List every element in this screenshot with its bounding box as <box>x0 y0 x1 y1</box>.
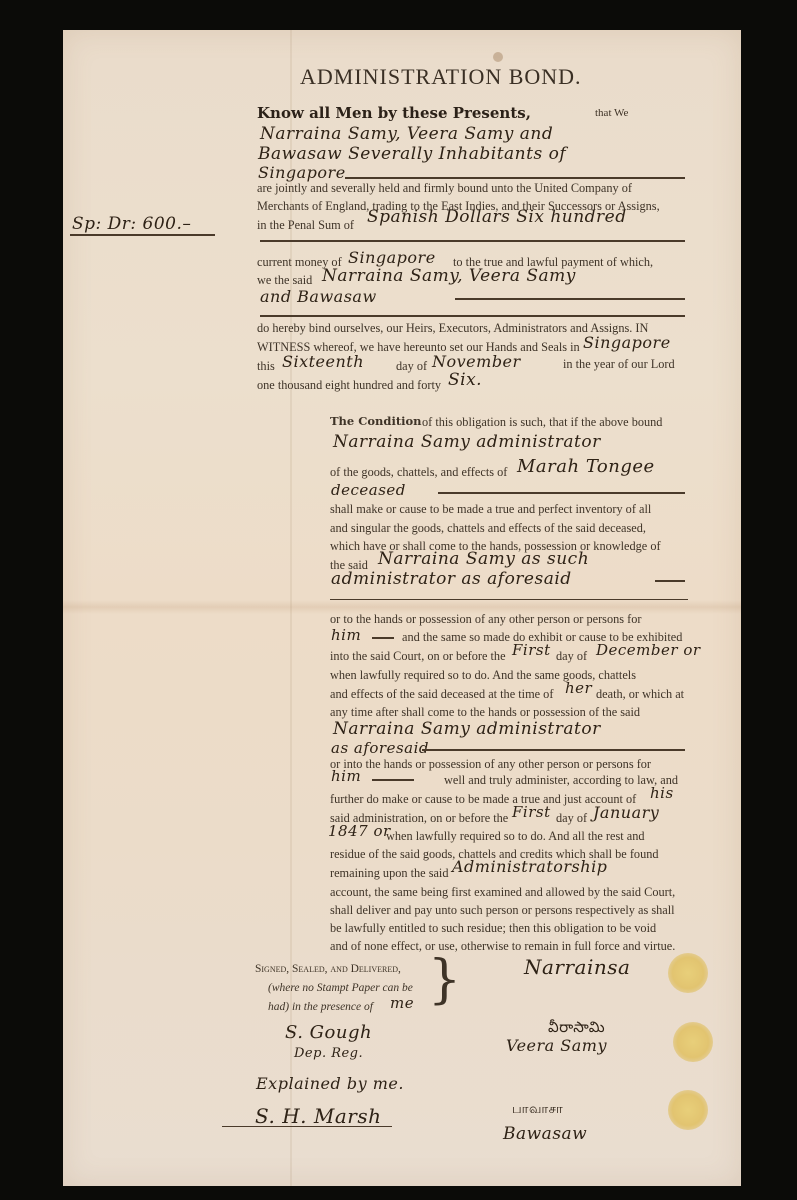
wax-seal-1 <box>668 953 708 993</box>
handwritten-him: him <box>331 626 361 644</box>
attestation-line-1: Signed, Sealed, and Delivered, <box>255 964 401 976</box>
signature-flourish <box>222 1126 392 1127</box>
handwritten-administrator: Narraina Samy administrator <box>333 432 601 452</box>
handwritten-parties-3: Singapore <box>258 163 346 182</box>
fill-rule <box>655 580 685 582</box>
handwritten-first: First <box>512 641 551 659</box>
condition-line-17: well and truly administer, according to … <box>444 774 678 786</box>
handwritten-sum: Spanish Dollars Six hundred <box>367 207 627 227</box>
handwritten-year: Six. <box>448 370 482 390</box>
condition-line-4: and singular the goods, chattels and eff… <box>330 522 646 534</box>
handwritten-administrator-2: Narraina Samy administrator <box>333 719 601 739</box>
condition-line-23: account, the same being first examined a… <box>330 886 675 898</box>
witness-line-4: one thousand eight hundred and forty <box>257 379 441 391</box>
interpreter-signature: S. H. Marsh <box>255 1104 381 1128</box>
bound-line-1: are jointly and severally held and firml… <box>257 182 632 194</box>
handwritten-names-2: and Bawasaw <box>260 287 377 306</box>
signature-veera: Veera Samy <box>506 1036 607 1055</box>
interpreter-note: Explained by me. <box>256 1074 404 1093</box>
condition-line-26: and of none effect, or use, otherwise to… <box>330 940 675 952</box>
condition-line-19b: day of <box>556 812 587 824</box>
condition-line-24: shall deliver and pay unto such person o… <box>330 904 675 916</box>
wax-seal-3 <box>668 1090 708 1130</box>
witness-signature: S. Gough <box>285 1022 372 1043</box>
ink-stain <box>493 52 503 62</box>
handwritten-year-1847: 1847 or <box>328 822 391 840</box>
fill-rule <box>330 599 688 600</box>
wax-seal-2 <box>673 1022 713 1062</box>
witness-line-3a: this <box>257 360 275 372</box>
fill-rule <box>372 637 394 639</box>
condition-line-10b: day of <box>556 650 587 662</box>
condition-line-18: further do make or cause to be made a tr… <box>330 793 636 805</box>
fill-rule <box>260 315 685 317</box>
fill-rule <box>260 240 685 242</box>
handwritten-deceased-name: Marah Tongee <box>517 456 655 477</box>
condition-line-16: or into the hands or possession of any o… <box>330 758 651 770</box>
handwritten-december: December or <box>596 641 701 659</box>
fill-rule <box>372 779 414 781</box>
handwritten-as-aforesaid: as aforesaid <box>331 739 429 757</box>
condition-line-22: remaining upon the said <box>330 867 449 879</box>
bound-line-3: in the Penal Sum of <box>257 219 354 231</box>
handwritten-administrator-aforesaid: administrator as aforesaid <box>331 569 572 589</box>
condition-line-20: when lawfully required so to do. And all… <box>386 830 645 842</box>
condition-line-10a: into the said Court, on or before the <box>330 650 506 662</box>
witness-line-3c: in the year of our Lord <box>563 358 675 370</box>
condition-line-12a: and effects of the said deceased at the … <box>330 688 553 700</box>
fill-rule <box>422 749 685 751</box>
handwritten-administratorship: Administratorship <box>452 857 607 876</box>
handwritten-him-2: him <box>331 767 361 785</box>
handwritten-parties-1: Narraina Samy, Veera Samy and <box>260 124 553 144</box>
attestation-line-2: (where no Stampt Paper can be <box>268 983 413 995</box>
handwritten-deceased: deceased <box>331 481 406 499</box>
handwritten-her: her <box>565 679 592 697</box>
signature-narraina: Narrainsa <box>524 955 630 979</box>
condition-line-1: of this obligation is such, that if the … <box>422 416 662 428</box>
condition-line-12b: death, or which at <box>596 688 684 700</box>
intro-lead-tail: that We <box>595 108 628 119</box>
condition-line-8: or to the hands or possession of any oth… <box>330 613 641 625</box>
handwritten-january: January <box>593 803 659 822</box>
fill-rule <box>345 177 685 179</box>
handwritten-me: me <box>390 994 414 1012</box>
fill-rule <box>455 298 685 300</box>
handwritten-names-1: Narraina Samy, Veera Samy <box>322 266 576 286</box>
signature-bawasaw: Bawasaw <box>503 1124 587 1144</box>
condition-line-13: any time after shall come to the hands o… <box>330 706 640 718</box>
margin-note-underline <box>70 234 215 236</box>
handwritten-first-2: First <box>512 803 551 821</box>
condition-line-3: shall make or cause to be made a true an… <box>330 503 651 515</box>
bound-line-5: we the said <box>257 274 312 286</box>
attestation-brace: } <box>428 950 461 1010</box>
witness-line-3b: day of <box>396 360 427 372</box>
handwritten-month: November <box>432 352 521 371</box>
handwritten-his: his <box>650 784 674 802</box>
handwritten-place: Singapore <box>348 248 436 267</box>
handwritten-as-such: Narraina Samy as such <box>378 549 589 569</box>
margin-note-sum: Sp: Dr: 600.– <box>72 214 191 234</box>
intro-lead: Know all Men by these Presents, <box>257 106 531 121</box>
handwritten-witness-place: Singapore <box>583 333 671 352</box>
handwritten-parties-2: Bawasaw Severally Inhabitants of <box>258 144 566 164</box>
fill-rule <box>438 492 685 494</box>
attestation-line-3: had) in the presence of <box>268 1002 373 1014</box>
document-title: ADMINISTRATION BOND. <box>300 64 582 90</box>
condition-line-25: be lawfully entitled to such residue; th… <box>330 922 656 934</box>
witness-title: Dep. Reg. <box>294 1046 363 1061</box>
condition-line-2: of the goods, chattels, and effects of <box>330 466 507 478</box>
condition-lead: The Condition <box>330 416 422 428</box>
handwritten-day: Sixteenth <box>282 352 364 371</box>
script-mark-bawasaw: பாவாசா <box>512 1102 563 1118</box>
